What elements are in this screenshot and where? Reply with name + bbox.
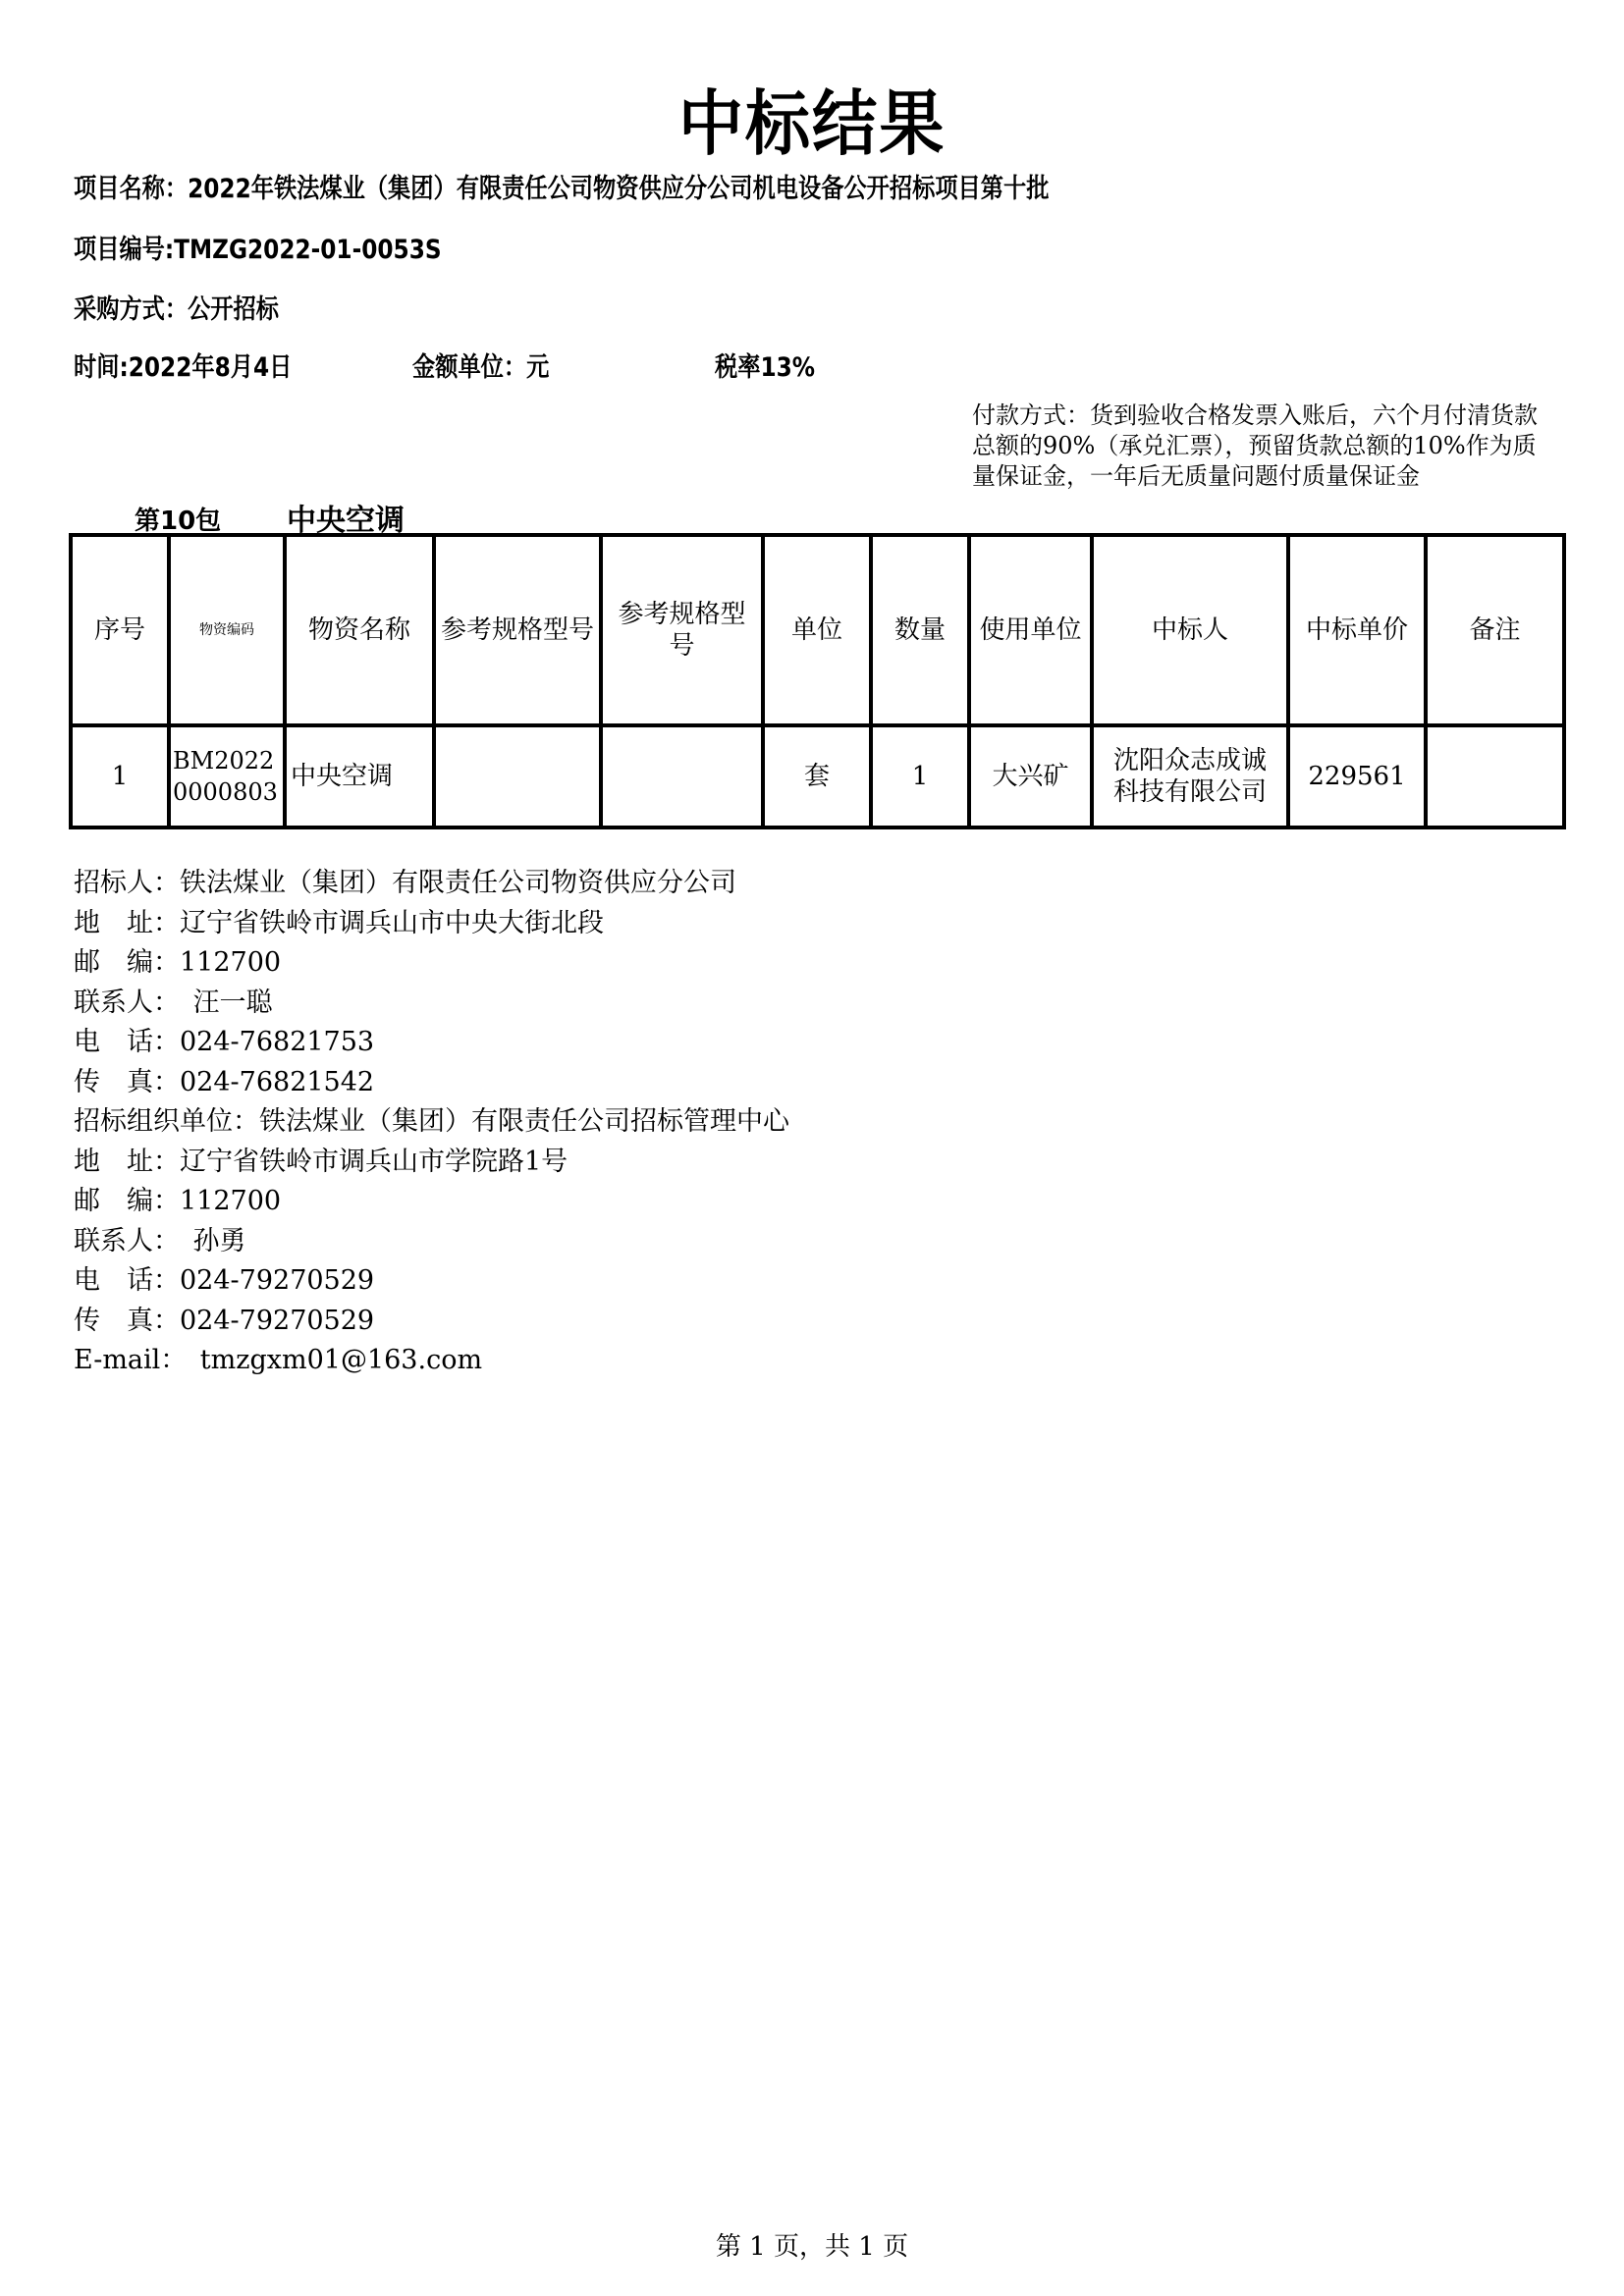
cell-spec-2: [601, 725, 763, 828]
header-unit: 单位: [763, 535, 871, 725]
agency-phone: 电 话：024-79270529: [74, 1261, 789, 1302]
project-number: 项目编号:TMZG2022-01-0053S: [74, 228, 442, 266]
email: E-mail： tmzgxm01@163.com: [74, 1341, 789, 1381]
page-title: 中标结果: [65, 67, 1559, 169]
cell-unit: 套: [763, 725, 871, 828]
header-spec-1: 参考规格型号: [434, 535, 601, 725]
header-user-unit: 使用单位: [969, 535, 1092, 725]
cell-material-name: 中央空调: [285, 725, 434, 828]
project-name: 项目名称：2022年铁法煤业（集团）有限责任公司物资供应分公司机电设备公开招标项…: [74, 167, 1049, 205]
date: 时间:2022年8月4日: [74, 346, 292, 384]
procurement-method: 采购方式：公开招标: [74, 288, 279, 326]
header-material-code: 物资编码: [169, 535, 285, 725]
header-material-name: 物资名称: [285, 535, 434, 725]
header-remark: 备注: [1426, 535, 1564, 725]
agency-fax: 传 真：024-79270529: [74, 1302, 789, 1342]
cell-winner: 沈阳众志成诚科技有限公司: [1092, 725, 1288, 828]
tenderer-address: 地 址：辽宁省铁岭市调兵山市中央大街北段: [74, 904, 789, 944]
package-label: 第10包: [135, 501, 221, 537]
page-number: 第 1 页，共 1 页: [0, 2226, 1624, 2263]
tenderer-postcode: 邮 编：112700: [74, 943, 789, 984]
cell-seq: 1: [71, 725, 169, 828]
award-table: 序号 物资编码 物资名称 参考规格型号 参考规格型号 单位 数量 使用单位 中标…: [69, 533, 1566, 829]
agency-address: 地 址：辽宁省铁岭市调兵山市学院路1号: [74, 1143, 789, 1183]
amount-unit: 金额单位：元: [412, 346, 549, 384]
cell-unit-price: 229561: [1288, 725, 1426, 828]
header-unit-price: 中标单价: [1288, 535, 1426, 725]
table-header-row: 序号 物资编码 物资名称 参考规格型号 参考规格型号 单位 数量 使用单位 中标…: [71, 535, 1564, 725]
contact-block: 招标人：铁法煤业（集团）有限责任公司物资供应分公司 地 址：辽宁省铁岭市调兵山市…: [74, 864, 789, 1381]
header-quantity: 数量: [871, 535, 969, 725]
agency: 招标组织单位：铁法煤业（集团）有限责任公司招标管理中心: [74, 1102, 789, 1143]
table-row: 1 BM20220000803 中央空调 套 1 大兴矿 沈阳众志成诚科技有限公…: [71, 725, 1564, 828]
header-winner: 中标人: [1092, 535, 1288, 725]
payment-terms: 付款方式：货到验收合格发票入账后，六个月付清货款总额的90%（承兑汇票），预留货…: [972, 400, 1551, 492]
tenderer: 招标人：铁法煤业（集团）有限责任公司物资供应分公司: [74, 864, 789, 904]
agency-postcode: 邮 编：112700: [74, 1182, 789, 1222]
cell-quantity: 1: [871, 725, 969, 828]
header-spec-2: 参考规格型号: [601, 535, 763, 725]
tax-rate: 税率13%: [715, 346, 815, 384]
cell-user-unit: 大兴矿: [969, 725, 1092, 828]
cell-remark: [1426, 725, 1564, 828]
tenderer-phone: 电 话：024-76821753: [74, 1023, 789, 1063]
cell-spec-1: [434, 725, 601, 828]
cell-material-code: BM20220000803: [169, 725, 285, 828]
header-seq: 序号: [71, 535, 169, 725]
agency-contact: 联系人： 孙勇: [74, 1222, 789, 1262]
tenderer-fax: 传 真：024-76821542: [74, 1063, 789, 1103]
tenderer-contact: 联系人： 汪一聪: [74, 984, 789, 1024]
